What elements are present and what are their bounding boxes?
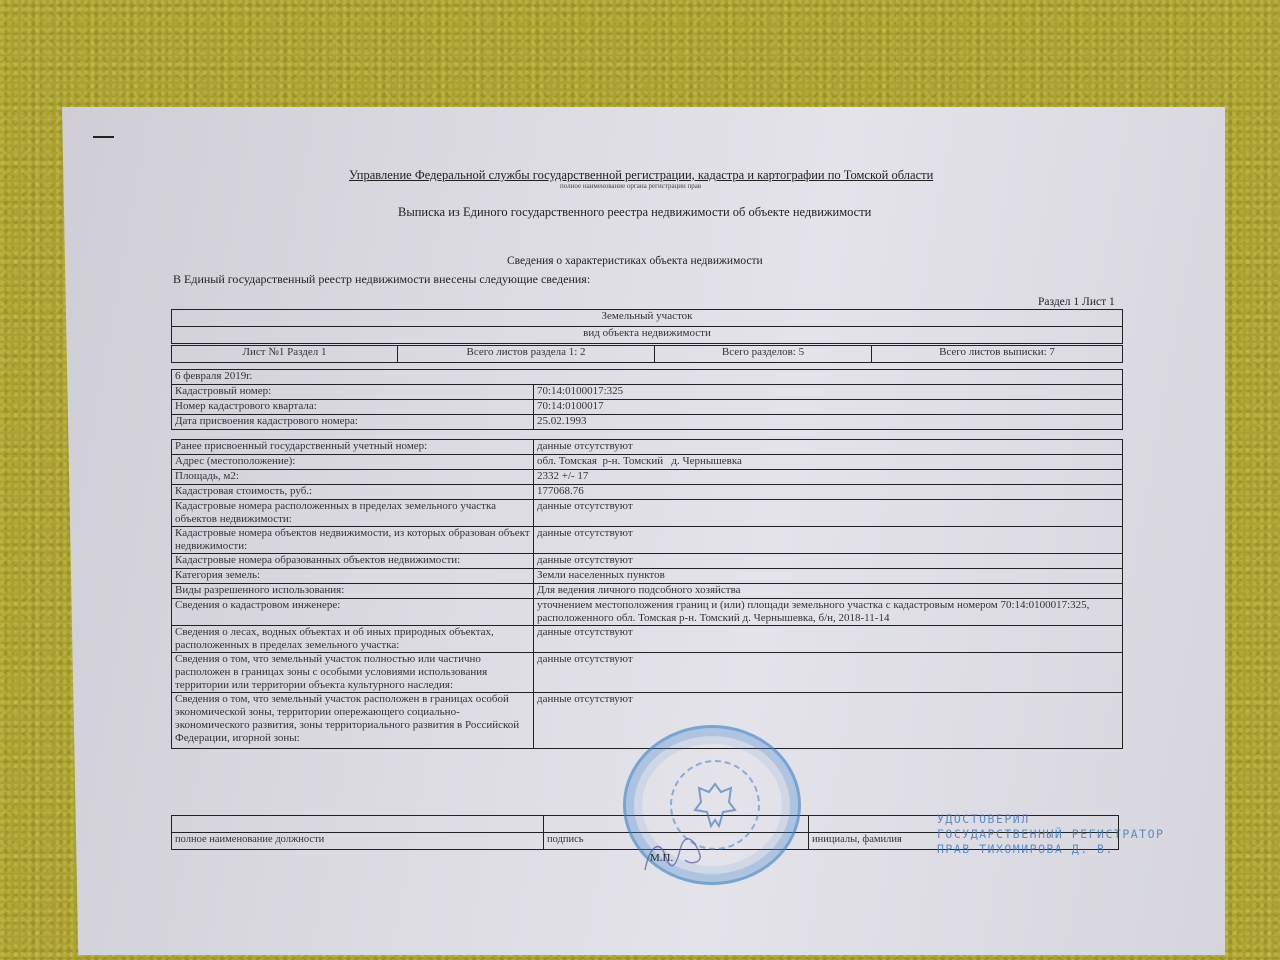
detail-info-table: Ранее присвоенный государственный учетны… (171, 439, 1123, 749)
row-value: данные отсутствуют (534, 653, 1123, 693)
position-caption: полное наименование должности (172, 833, 544, 850)
row-value: уточнением местоположения границ и (или)… (534, 599, 1123, 626)
registrar-stamp: УДОСТОВЕРИЛ ГОСУДАРСТВЕННЫЙ РЕГИСТРАТОР … (937, 812, 1164, 857)
registrar-stamp-line3: ПРАВ ТИХОМИРОВА Д. В. (937, 842, 1164, 857)
row-value: обл. Томская р-н. Томский д. Чернышевка (534, 455, 1123, 470)
row-value: данные отсутствуют (534, 693, 1123, 749)
section-sheets-count: Всего листов раздела 1: 2 (398, 346, 655, 363)
row-label: Сведения о том, что земельный участок по… (172, 653, 534, 693)
table-row: Кадастровые номера объектов недвижимости… (172, 527, 1123, 554)
table-row: Кадастровые номера расположенных в преде… (172, 500, 1123, 527)
row-label: Сведения о лесах, водных объектах и об и… (172, 626, 534, 653)
row-label: Дата присвоения кадастрового номера: (172, 415, 534, 430)
seal-caption: М.П. (650, 852, 673, 864)
table-row: Сведения о лесах, водных объектах и об и… (172, 626, 1123, 653)
sheet-meta-table: Лист №1 Раздел 1 Всего листов раздела 1:… (171, 345, 1123, 363)
row-label: Ранее присвоенный государственный учетны… (172, 440, 534, 455)
row-value: данные отсутствуют (534, 527, 1123, 554)
table-row: Кадастровый номер: 70:14:0100017:325 (172, 385, 1123, 400)
row-label: Сведения о кадастровом инженере: (172, 599, 534, 626)
extract-title: Выписка из Единого государственного реес… (398, 205, 871, 220)
section-title: Сведения о характеристиках объекта недви… (507, 255, 763, 267)
row-label: Виды разрешенного использования: (172, 584, 534, 599)
object-type-caption: вид объекта недвижимости (172, 327, 1123, 344)
primary-info-table: 6 февраля 2019г. Кадастровый номер: 70:1… (171, 369, 1123, 430)
table-row: Кадастровые номера образованных объектов… (172, 554, 1123, 569)
row-value: Земли населенных пунктов (534, 569, 1123, 584)
row-label: Кадастровые номера образованных объектов… (172, 554, 534, 569)
table-row: Виды разрешенного использования: Для вед… (172, 584, 1123, 599)
row-label: Номер кадастрового квартала: (172, 400, 534, 415)
org-name: Управление Федеральной службы государств… (349, 168, 933, 183)
table-row: Категория земель: Земли населенных пункт… (172, 569, 1123, 584)
row-label: Сведения о том, что земельный участок ра… (172, 693, 534, 749)
coat-of-arms-icon (685, 776, 745, 836)
table-row: Сведения о том, что земельный участок по… (172, 653, 1123, 693)
object-type: Земельный участок (172, 310, 1123, 327)
row-value: данные отсутствуют (534, 626, 1123, 653)
row-value: данные отсутствуют (534, 500, 1123, 527)
row-label: Кадастровые номера объектов недвижимости… (172, 527, 534, 554)
row-label: Кадастровая стоимость, руб.: (172, 485, 534, 500)
row-value: 177068.76 (534, 485, 1123, 500)
row-value: данные отсутствуют (534, 440, 1123, 455)
sheet-reference: Раздел 1 Лист 1 (1038, 296, 1115, 308)
intro-text: В Единый государственный реестр недвижим… (173, 272, 590, 287)
row-value: 2332 +/- 17 (534, 470, 1123, 485)
object-type-table: Земельный участок вид объекта недвижимос… (171, 309, 1123, 344)
table-row: Площадь, м2: 2332 +/- 17 (172, 470, 1123, 485)
row-label: Категория земель: (172, 569, 534, 584)
row-label: Адрес (местоположение): (172, 455, 534, 470)
sheet-number: Лист №1 Раздел 1 (172, 346, 398, 363)
row-value: 70:14:0100017:325 (534, 385, 1123, 400)
registrar-stamp-line1: УДОСТОВЕРИЛ (937, 812, 1164, 827)
extract-date: 6 февраля 2019г. (172, 370, 1123, 385)
row-label: Площадь, м2: (172, 470, 534, 485)
row-value: Для ведения личного подсобного хозяйства (534, 584, 1123, 599)
row-value: 70:14:0100017 (534, 400, 1123, 415)
table-row: Кадастровая стоимость, руб.: 177068.76 (172, 485, 1123, 500)
sections-count: Всего разделов: 5 (655, 346, 872, 363)
total-sheets-count: Всего листов выписки: 7 (872, 346, 1123, 363)
table-row: Номер кадастрового квартала: 70:14:01000… (172, 400, 1123, 415)
table-row: Дата присвоения кадастрового номера: 25.… (172, 415, 1123, 430)
row-value: данные отсутствуют (534, 554, 1123, 569)
table-row: Адрес (местоположение): обл. Томская р-н… (172, 455, 1123, 470)
row-label: Кадастровые номера расположенных в преде… (172, 500, 534, 527)
table-row: Сведения о кадастровом инженере: уточнен… (172, 599, 1123, 626)
table-row: Ранее присвоенный государственный учетны… (172, 440, 1123, 455)
table-row: Сведения о том, что земельный участок ра… (172, 693, 1123, 749)
row-value: 25.02.1993 (534, 415, 1123, 430)
org-caption: полное наименование органа регистрации п… (560, 182, 701, 190)
registrar-stamp-line2: ГОСУДАРСТВЕННЫЙ РЕГИСТРАТОР (937, 827, 1164, 842)
row-label: Кадастровый номер: (172, 385, 534, 400)
page-dash-mark (93, 136, 114, 138)
